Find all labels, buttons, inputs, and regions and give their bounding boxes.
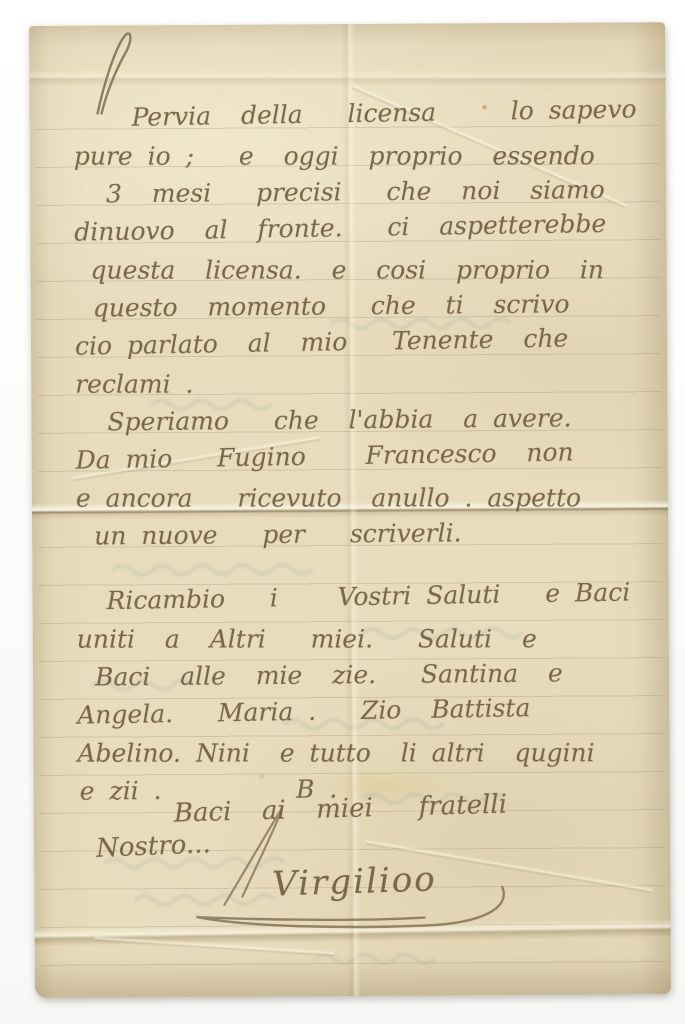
letter-line: un nuove per scriverli. [78,513,650,556]
scanner-background: Pervia della licensa lo sapevo pure io ;… [0,0,685,1024]
closing-sender-word: Nostro... [95,829,226,864]
letter-line: Pervia della licensa lo sapevo [73,90,646,137]
letter-line: reclami . [75,365,647,403]
letter-line: Abelino. Nini e tutto li altri qugini [77,734,649,772]
fold-crease-top [29,70,665,86]
signature: Virgilioo [272,859,438,904]
letter-line: e ancora ricevuto anullo . aspetto [76,479,648,517]
letter-body: Pervia della licensa lo sapevo pure io ;… [73,96,649,810]
letter-line: questa licensa. e cosi proprio in [75,251,647,289]
fold-crease-bottom [34,919,670,946]
letter-paper: Pervia della licensa lo sapevo pure io ;… [29,22,671,998]
letter-line: dinuovo al fronte. ci aspetterebbe [74,204,647,251]
letter-line: cio parlato al mio Tenente che [75,318,648,365]
letter-line: pure io ; e oggi proprio essendo [74,137,646,175]
wrinkle-mark [95,935,335,957]
letter-line: Da mio Fugino Francesco non [75,432,648,479]
letter-line: Ricambio i Vostri Saluti e Baci [76,573,649,620]
letter-line: Angela. Maria . Zio Battista [77,687,650,734]
letter-line: uniti a Altri miei. Saluti e [77,620,649,658]
